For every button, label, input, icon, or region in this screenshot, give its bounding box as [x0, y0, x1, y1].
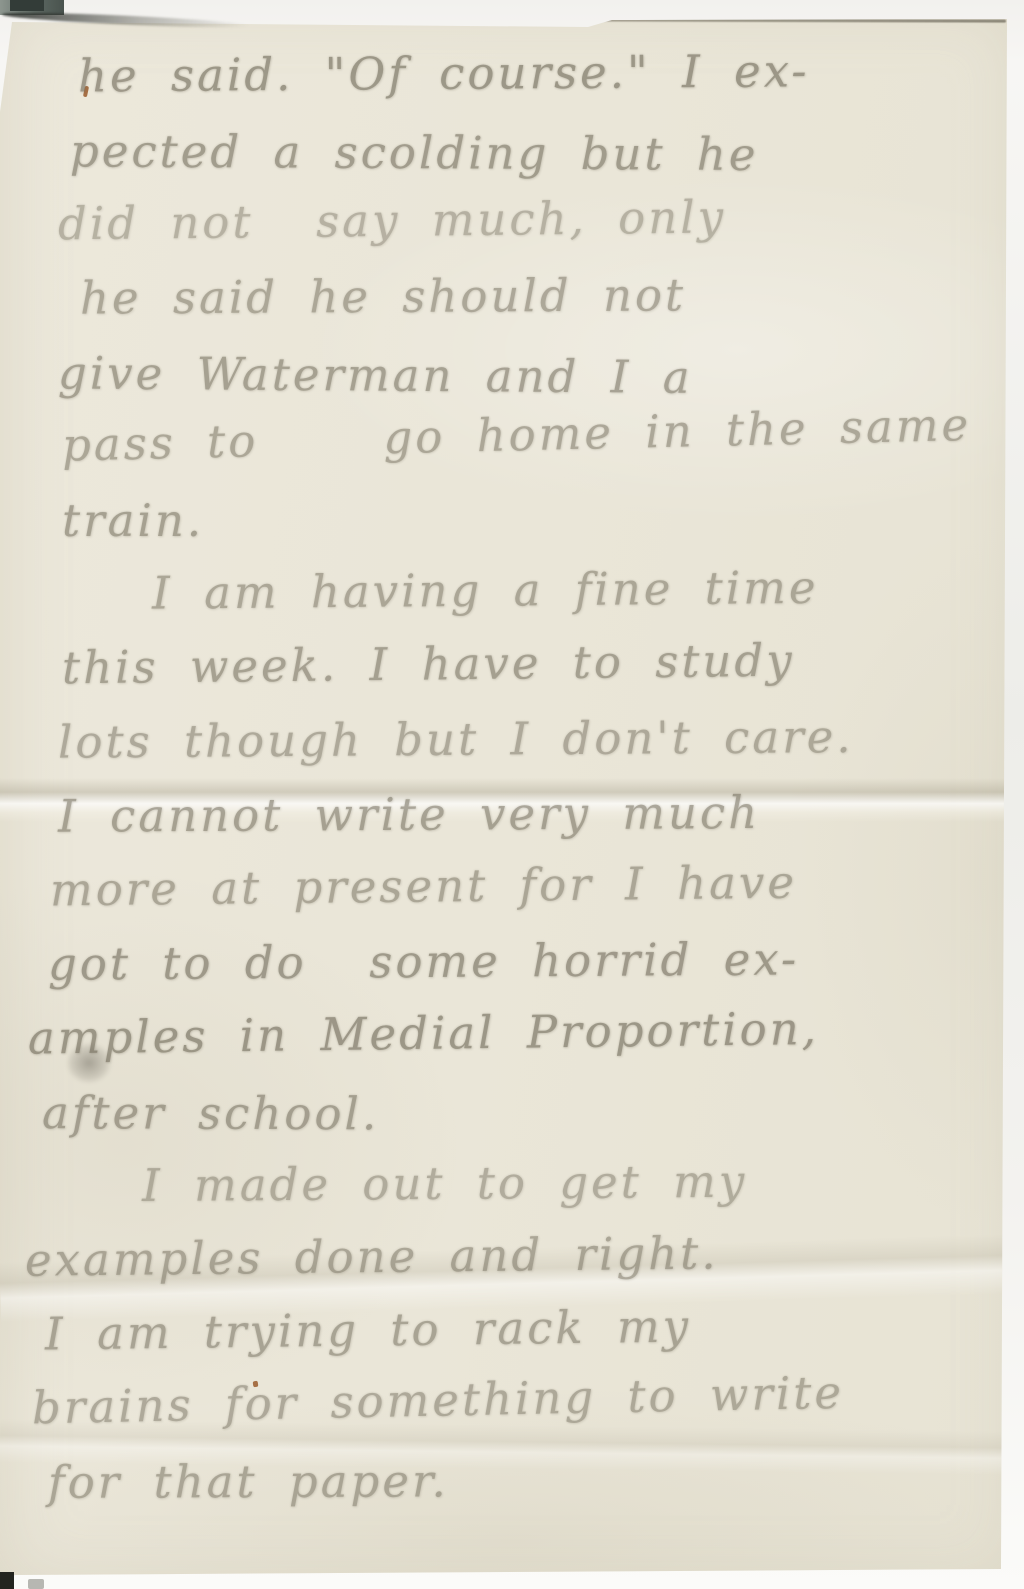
letter-page: he said. "Of course." I ex- pected a sco… — [0, 0, 1024, 1589]
letter-line-10: lots though but I don't care. — [0, 699, 1024, 780]
letter-text: he said. "Of course." I ex- pected a sco… — [0, 40, 1024, 1520]
letter-line-9: this week. I have to study — [0, 621, 1024, 706]
letter-line-14: amples in Medial Proportion, — [0, 989, 1024, 1076]
letter-line-20: for that paper. — [0, 1442, 1024, 1520]
letter-line-7: train. — [0, 484, 1024, 558]
letter-line-13: got to do some horrid ex- — [0, 921, 1024, 1002]
scan-edge-artifact — [28, 1579, 44, 1589]
letter-line-1: he said. "Of course." I ex- — [0, 33, 1024, 114]
letter-line-3: did not say much, only — [0, 177, 1024, 262]
letter-line-11: I cannot write very much — [0, 775, 1024, 854]
scan-edge-artifact — [0, 1572, 14, 1589]
binder-clip-notch — [10, 0, 44, 11]
letter-line-17: examples done and right. — [0, 1213, 1024, 1298]
letter-line-16: I made out to get my — [0, 1143, 1024, 1224]
letter-line-15: after school. — [0, 1076, 1024, 1154]
letter-line-12: more at present for I have — [0, 843, 1024, 928]
scanned-letter-background: he said. "Of course." I ex- pected a sco… — [0, 0, 1024, 1589]
letter-line-4: he said he should not — [0, 257, 1024, 336]
letter-line-8: I am having a fine time — [0, 549, 1024, 632]
